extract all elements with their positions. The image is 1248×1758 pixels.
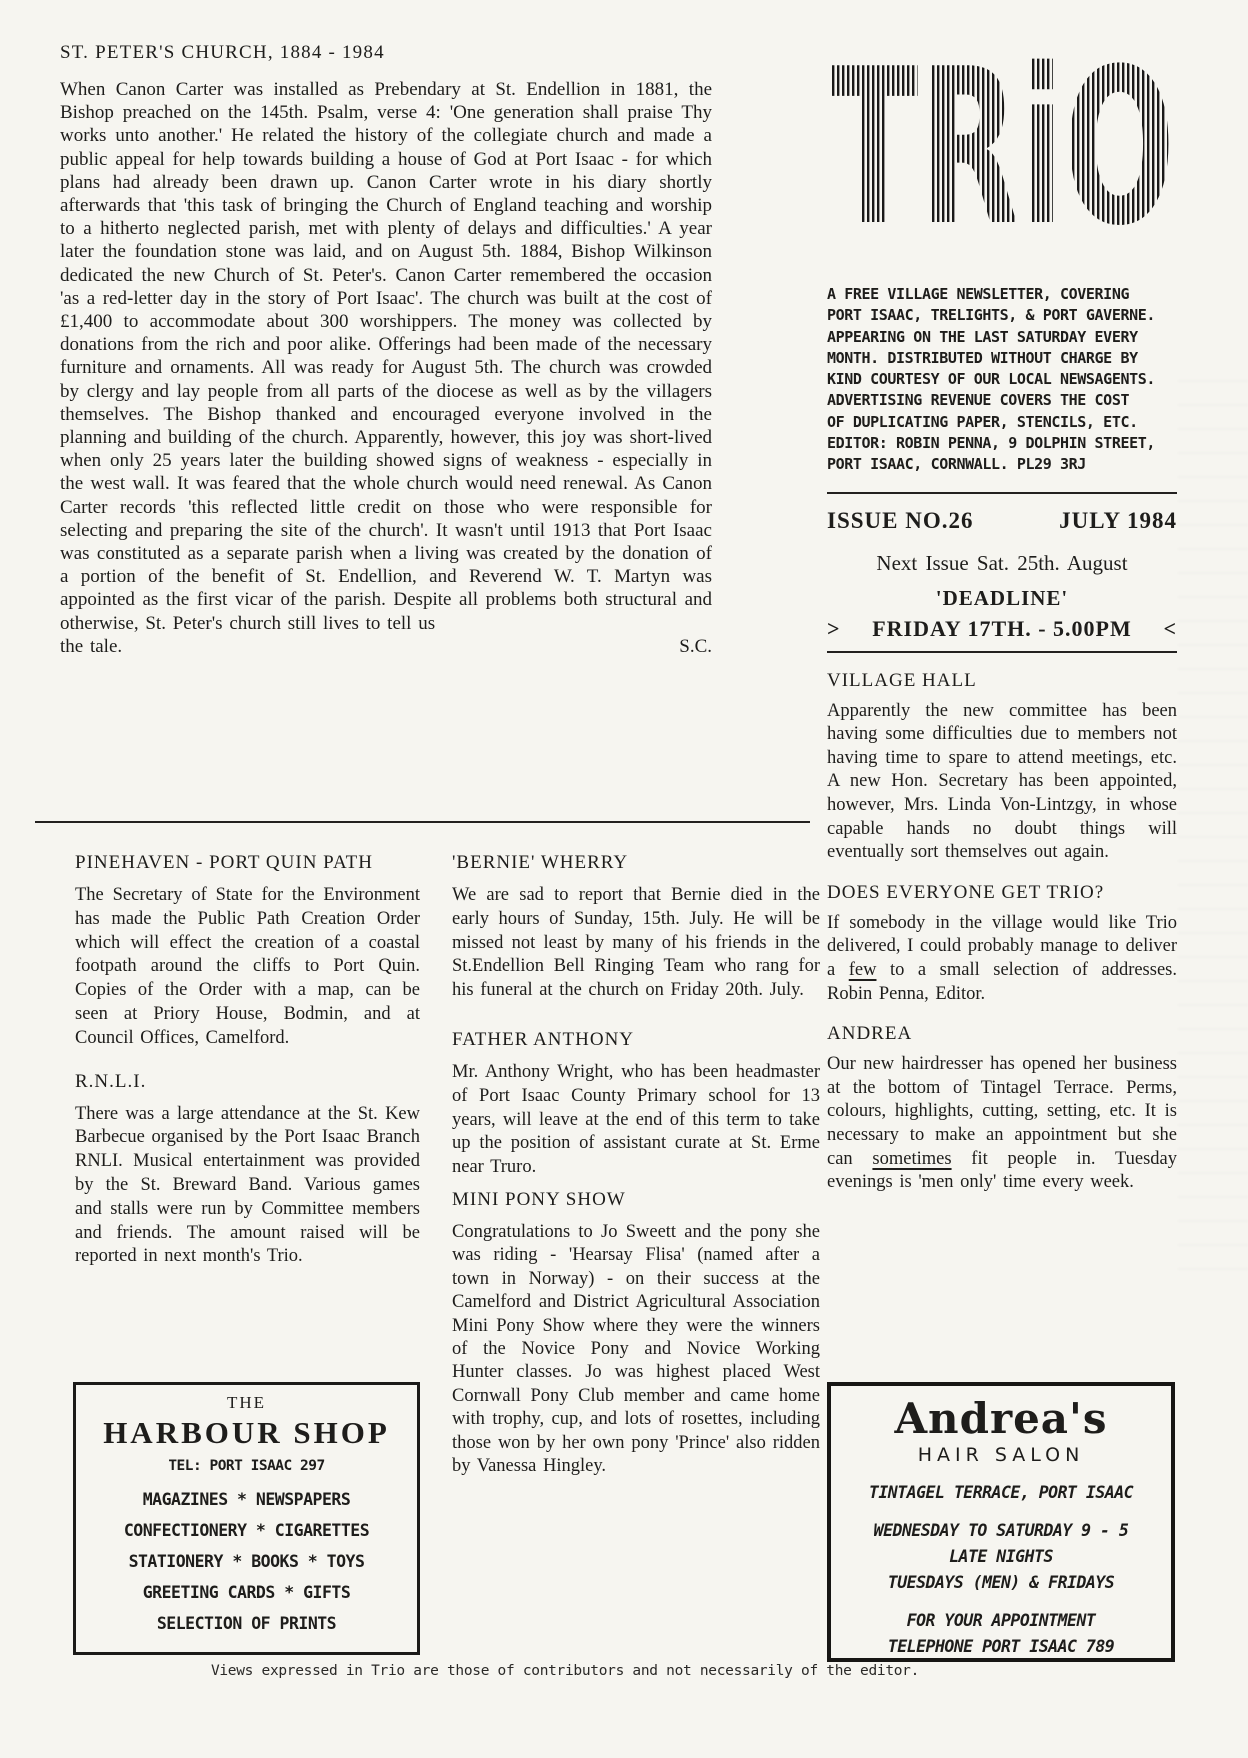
andreas-salon-subtitle: HAIR SALON <box>918 1444 1085 1466</box>
issue-number: ISSUE NO.26 <box>827 506 973 536</box>
andreas-salon-hours: LATE NIGHTS <box>949 1544 1053 1570</box>
issue-row: ISSUE NO.26 JULY 1984 <box>827 506 1177 536</box>
andreas-salon-ad: Andrea's HAIR SALON TINTAGEL TERRACE, PO… <box>827 1382 1175 1662</box>
footer-disclaimer: Views expressed in Trio are those of con… <box>0 1663 1130 1679</box>
masthead-line: EDITOR: ROBIN PENNA, 9 DOLPHIN STREET, <box>827 433 1177 454</box>
article-title-father-anthony: FATHER ANTHONY <box>452 1029 820 1051</box>
article-title: ST. PETER'S CHURCH, 1884 - 1984 <box>60 42 712 64</box>
scan-ghosting <box>1178 380 1248 1280</box>
article-body-bernie: We are sad to report that Bernie died in… <box>452 884 820 1003</box>
article-body-mini-pony: Congratulations to Jo Sweett and the pon… <box>452 1221 820 1478</box>
text-segment: to a small selection of addresses. Robin… <box>827 960 1177 1004</box>
masthead-line: PORT ISAAC, CORNWALL. PL29 3RJ <box>827 454 1177 475</box>
underlined-word: few <box>849 960 877 980</box>
article-body-pinehaven: The Secretary of State for the Environme… <box>75 884 420 1051</box>
article-title-bernie: 'BERNIE' WHERRY <box>452 852 820 874</box>
masthead-line: OF DUPLICATING PAPER, STENCILS, ETC. <box>827 412 1177 433</box>
andreas-salon-name: Andrea's <box>894 1396 1107 1442</box>
newsletter-page: ST. PETER'S CHURCH, 1884 - 1984 When Can… <box>0 0 1248 1758</box>
masthead-line: ADVERTISING REVENUE COVERS THE COST <box>827 390 1177 411</box>
article-title-village-hall: VILLAGE HALL <box>827 670 1177 692</box>
article-body-get-trio: If somebody in the village would like Tr… <box>827 912 1177 1006</box>
article-body-rnli: There was a large attendance at the St. … <box>75 1103 420 1270</box>
andreas-salon-phone: TELEPHONE PORT ISAAC 789 <box>888 1634 1114 1660</box>
article-title-pinehaven: PINEHAVEN - PORT QUIN PATH <box>75 852 420 874</box>
article-last-line: the tale. <box>60 635 122 658</box>
column-left: PINEHAVEN - PORT QUIN PATH The Secretary… <box>75 852 420 1269</box>
harbour-shop-tel: TEL: PORT ISAAC 297 <box>168 1458 324 1474</box>
masthead-line: KIND COURTESY OF OUR LOCAL NEWSAGENTS. <box>827 369 1177 390</box>
article-st-peters: ST. PETER'S CHURCH, 1884 - 1984 When Can… <box>60 42 712 658</box>
article-title-andrea: ANDREA <box>827 1023 1177 1045</box>
underlined-word: sometimes <box>872 1149 951 1169</box>
masthead-rule <box>827 492 1177 494</box>
next-issue: Next Issue Sat. 25th. August <box>827 549 1177 577</box>
article-title-get-trio: DOES EVERYONE GET TRIO? <box>827 882 1177 904</box>
trio-logo-graphic: TRiO <box>827 50 1177 240</box>
article-signature: S.C. <box>679 635 712 658</box>
masthead-description: A FREE VILLAGE NEWSLETTER, COVERING PORT… <box>827 284 1177 476</box>
divider-rule <box>35 821 810 823</box>
harbour-shop-item: GREETING CARDS * GIFTS <box>124 1583 369 1602</box>
harbour-shop-the: THE <box>227 1393 266 1413</box>
issue-date: JULY 1984 <box>1059 506 1177 536</box>
masthead-line: MONTH. DISTRIBUTED WITHOUT CHARGE BY <box>827 348 1177 369</box>
column-middle: 'BERNIE' WHERRY We are sad to report tha… <box>452 852 820 1478</box>
harbour-shop-item: SELECTION OF PRINTS <box>124 1614 369 1633</box>
harbour-shop-item: STATIONERY * BOOKS * TOYS <box>124 1552 369 1571</box>
right-arrow-glyph: < <box>1163 614 1177 644</box>
article-body: When Canon Carter was installed as Prebe… <box>60 78 712 635</box>
andreas-salon-appointment: FOR YOUR APPOINTMENT <box>907 1608 1096 1634</box>
deadline-label: 'DEADLINE' <box>827 584 1177 612</box>
trio-logo: TRiO <box>827 50 1177 240</box>
andreas-salon-address: TINTAGEL TERRACE, PORT ISAAC <box>869 1480 1133 1506</box>
left-arrow-glyph: > <box>827 614 841 644</box>
article-body-father-anthony: Mr. Anthony Wright, who has been headmas… <box>452 1061 820 1180</box>
article-body-village-hall: Apparently the new committee has been ha… <box>827 700 1177 865</box>
column-right: TRiO A FREE VILLAGE NEWSLETTER, COVERING… <box>827 50 1177 1195</box>
article-title-rnli: R.N.L.I. <box>75 1071 420 1093</box>
harbour-shop-name: HARBOUR SHOP <box>103 1415 390 1451</box>
article-sign-off: the tale. S.C. <box>60 635 712 658</box>
masthead-line: PORT ISAAC, TRELIGHTS, & PORT GAVERNE. <box>827 305 1177 326</box>
harbour-shop-item: CONFECTIONERY * CIGARETTES <box>124 1521 369 1540</box>
article-title-mini-pony: MINI PONY SHOW <box>452 1189 820 1211</box>
harbour-shop-item: MAGAZINES * NEWSPAPERS <box>124 1490 369 1509</box>
masthead-line: A FREE VILLAGE NEWSLETTER, COVERING <box>827 284 1177 305</box>
deadline-rule <box>827 651 1177 653</box>
masthead-line: APPEARING ON THE LAST SATURDAY EVERY <box>827 327 1177 348</box>
andreas-salon-hours: WEDNESDAY TO SATURDAY 9 - 5 <box>874 1518 1129 1544</box>
andreas-salon-hours: TUESDAYS (MEN) & FRIDAYS <box>888 1570 1114 1596</box>
harbour-shop-items: MAGAZINES * NEWSPAPERS CONFECTIONERY * C… <box>124 1490 369 1633</box>
harbour-shop-ad: THE HARBOUR SHOP TEL: PORT ISAAC 297 MAG… <box>73 1382 420 1655</box>
deadline-row: > FRIDAY 17TH. - 5.00PM < <box>827 614 1177 644</box>
trio-logo-text: TRiO <box>829 50 1175 240</box>
deadline-text: FRIDAY 17TH. - 5.00PM <box>872 614 1132 644</box>
article-body-andrea: Our new hairdresser has opened her busin… <box>827 1053 1177 1195</box>
